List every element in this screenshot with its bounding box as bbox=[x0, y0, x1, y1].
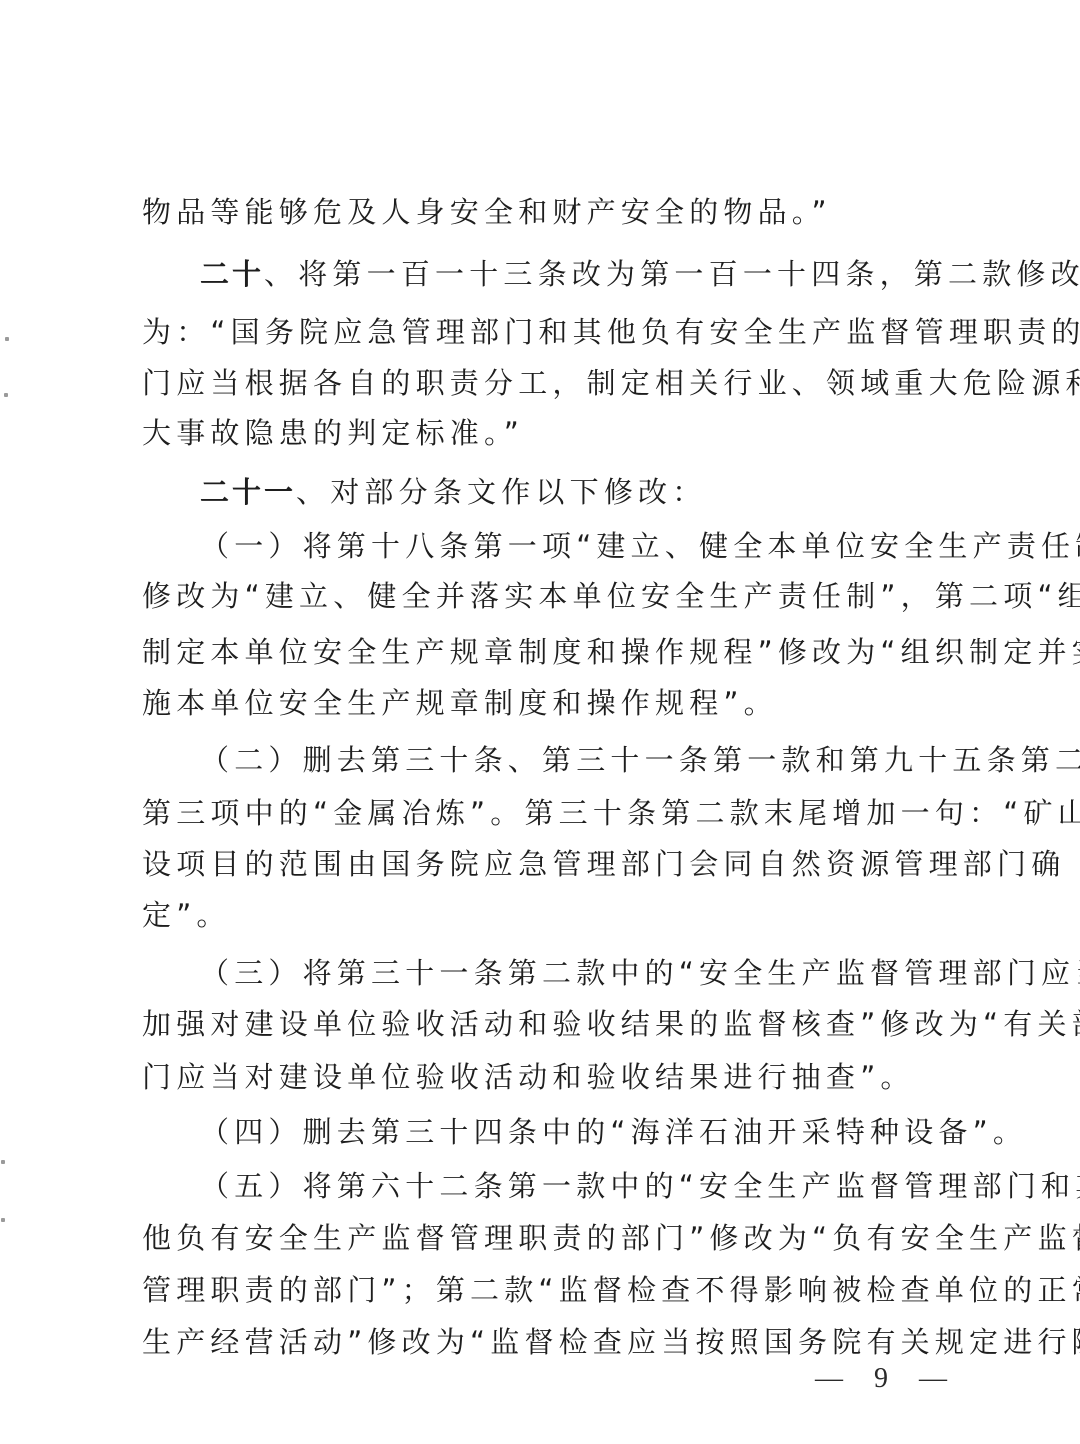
line-text: 设项目的范围由国务院应急管理部门会同自然资源管理部门确 bbox=[142, 847, 1065, 881]
item-1-line-4: 施本单位安全生产规章制度和操作规程”。 bbox=[142, 683, 942, 723]
line-text: 生产经营活动”修改为“监督检查应当按照国务院有关规定进行随 bbox=[142, 1325, 1080, 1359]
item-3-line-3: 门应当对建设单位验收活动和验收结果进行抽查”。 bbox=[142, 1057, 942, 1097]
item-1-line-2: 修改为“建立、健全并落实本单位安全生产责任制”，第二项“组织 bbox=[142, 576, 942, 616]
line-text: 修改为“建立、健全并落实本单位安全生产责任制”，第二项“组织 bbox=[142, 579, 1080, 613]
line-text: 定”。 bbox=[142, 898, 231, 932]
item-1-line-3: 制定本单位安全生产规章制度和操作规程”修改为“组织制定并实 bbox=[142, 632, 942, 672]
line-text: 门应当对建设单位验收活动和验收结果进行抽查”。 bbox=[142, 1060, 915, 1094]
item-5-line-4: 生产经营活动”修改为“监督检查应当按照国务院有关规定进行随 bbox=[142, 1322, 942, 1362]
text-line-3: 为：“国务院应急管理部门和其他负有安全生产监督管理职责的部 bbox=[142, 312, 942, 352]
text-line-5: 大事故隐患的判定标准。” bbox=[142, 413, 942, 453]
item-2-line-4: 定”。 bbox=[142, 895, 942, 935]
article-number: 二十 bbox=[200, 257, 264, 291]
item-2-line-3: 设项目的范围由国务院应急管理部门会同自然资源管理部门确 bbox=[142, 844, 942, 884]
line-text: 他负有安全生产监督管理职责的部门”修改为“负有安全生产监督 bbox=[142, 1221, 1080, 1255]
line-text: 施本单位安全生产规章制度和操作规程”。 bbox=[142, 686, 778, 720]
line-text: （三）将第三十一条第二款中的“安全生产监督管理部门应当 bbox=[200, 956, 1080, 990]
item-5-line-1: （五）将第六十二条第一款中的“安全生产监督管理部门和其 bbox=[200, 1166, 940, 1206]
item-2-line-1: （二）删去第三十条、第三十一条第一款和第九十五条第二项、 bbox=[200, 740, 940, 780]
binding-mark bbox=[1, 1218, 5, 1222]
line-text: （五）将第六十二条第一款中的“安全生产监督管理部门和其 bbox=[200, 1169, 1080, 1203]
page-number: — 9 — bbox=[815, 1363, 959, 1395]
item-4-line-1: （四）删去第三十四条中的“海洋石油开采特种设备”。 bbox=[200, 1112, 940, 1152]
line-text: 管理职责的部门”；第二款“监督检查不得影响被检查单位的正常 bbox=[142, 1273, 1080, 1307]
line-text: （二）删去第三十条、第三十一条第一款和第九十五条第二项、 bbox=[200, 743, 1080, 777]
line-text: 第三项中的“金属冶炼”。第三十条第二款末尾增加一句：“矿山建 bbox=[142, 796, 1080, 830]
item-1-line-1: （一）将第十八条第一项“建立、健全本单位安全生产责任制” bbox=[200, 526, 940, 566]
line-text: 制定本单位安全生产规章制度和操作规程”修改为“组织制定并实 bbox=[142, 635, 1080, 669]
binding-mark bbox=[4, 393, 8, 397]
article-21-heading: 二十一、对部分条文作以下修改： bbox=[200, 472, 940, 512]
line-text: 加强对建设单位验收活动和验收结果的监督核查”修改为“有关部 bbox=[142, 1007, 1080, 1041]
article-20-heading: 二十、将第一百一十三条改为第一百一十四条，第二款修改 bbox=[200, 254, 940, 294]
document-page: 物品等能够危及人身安全和财产安全的物品。” 二十、将第一百一十三条改为第一百一十… bbox=[0, 0, 1080, 1444]
item-3-line-1: （三）将第三十一条第二款中的“安全生产监督管理部门应当 bbox=[200, 953, 940, 993]
line-text: （四）删去第三十四条中的“海洋石油开采特种设备”。 bbox=[200, 1115, 1027, 1149]
item-3-line-2: 加强对建设单位验收活动和验收结果的监督核查”修改为“有关部 bbox=[142, 1004, 942, 1044]
item-5-line-3: 管理职责的部门”；第二款“监督检查不得影响被检查单位的正常 bbox=[142, 1270, 942, 1310]
text-line-1: 物品等能够危及人身安全和财产安全的物品。” bbox=[142, 192, 942, 232]
line-text: （一）将第十八条第一项“建立、健全本单位安全生产责任制” bbox=[200, 529, 1080, 563]
binding-mark bbox=[5, 337, 9, 341]
item-2-line-2: 第三项中的“金属冶炼”。第三十条第二款末尾增加一句：“矿山建 bbox=[142, 793, 942, 833]
line-text: 、对部分条文作以下修改： bbox=[296, 475, 706, 509]
text-line-4: 门应当根据各自的职责分工，制定相关行业、领域重大危险源和重 bbox=[142, 363, 942, 403]
line-text: 、将第一百一十三条改为第一百一十四条，第二款修改 bbox=[264, 257, 1080, 291]
line-text: 大事故隐患的判定标准。” bbox=[142, 416, 524, 450]
line-text: 物品等能够危及人身安全和财产安全的物品。” bbox=[142, 195, 832, 229]
line-text: 门应当根据各自的职责分工，制定相关行业、领域重大危险源和重 bbox=[142, 366, 1080, 400]
article-number: 二十一 bbox=[200, 475, 296, 509]
item-5-line-2: 他负有安全生产监督管理职责的部门”修改为“负有安全生产监督 bbox=[142, 1218, 942, 1258]
binding-mark bbox=[1, 1160, 5, 1164]
line-text: 为：“国务院应急管理部门和其他负有安全生产监督管理职责的部 bbox=[142, 315, 1080, 349]
